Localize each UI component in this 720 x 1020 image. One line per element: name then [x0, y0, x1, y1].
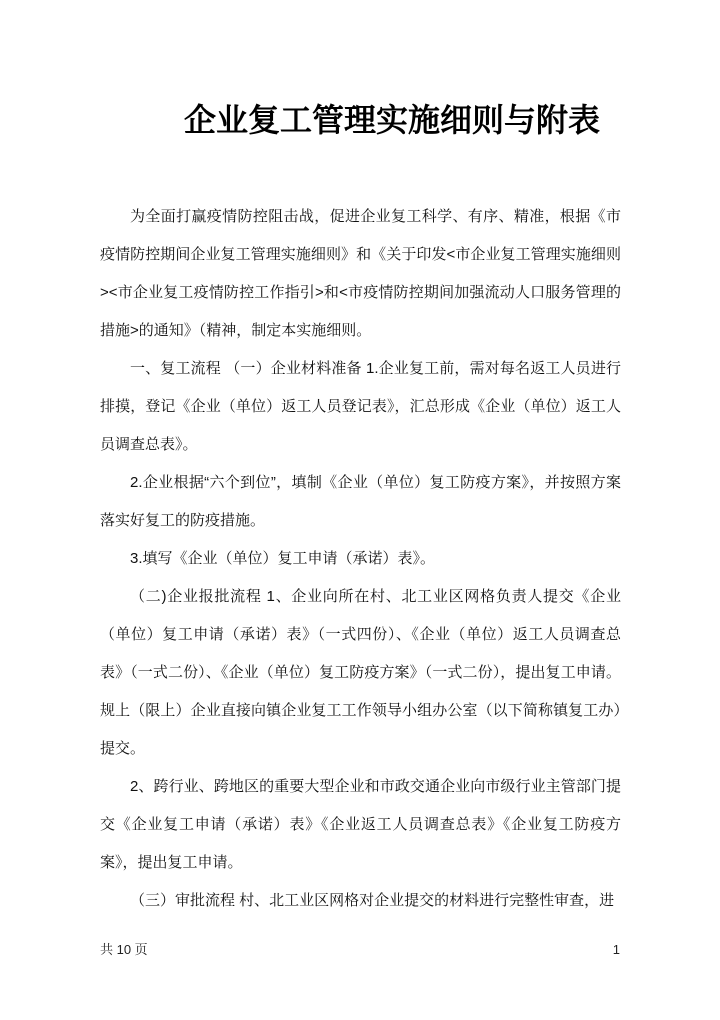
paragraph-section3-review: （三）审批流程 村、北工业区网格对企业提交的材料进行完整性审查，进: [100, 882, 621, 920]
paragraph-intro: 为全面打赢疫情防控阻击战，促进企业复工科学、有序、精准，根据《市疫情防控期间企业…: [100, 198, 621, 350]
footer-page-number: 1: [613, 942, 620, 957]
document-page: 企业复工管理实施细则与附表 为全面打赢疫情防控阻击战，促进企业复工科学、有序、精…: [0, 0, 720, 1020]
page-footer: 共 10 页 1: [100, 939, 620, 958]
paragraph-item2-cross-industry: 2、跨行业、跨地区的重要大型企业和市政交通企业向市级行业主管部门提交《企业复工申…: [100, 768, 621, 882]
document-title: 企业复工管理实施细则与附表: [100, 100, 620, 140]
footer-page-count: 共 10 页: [100, 939, 148, 958]
paragraph-section2-approval-submission: （二)企业报批流程 1、企业向所在村、北工业区网格负责人提交《企业（单位）复工申…: [100, 578, 621, 768]
paragraph-section1-materials: 一、复工流程 （一）企业材料准备 1.企业复工前，需对每名返工人员进行排摸，登记…: [100, 350, 621, 464]
document-body: 为全面打赢疫情防控阻击战，促进企业复工科学、有序、精准，根据《市疫情防控期间企业…: [100, 198, 621, 920]
paragraph-item3-application: 3.填写《企业（单位）复工申请（承诺）表》。: [100, 540, 621, 578]
paragraph-item2-plan: 2.企业根据“六个到位”，填制《企业（单位）复工防疫方案》，并按照方案落实好复工…: [100, 464, 621, 540]
